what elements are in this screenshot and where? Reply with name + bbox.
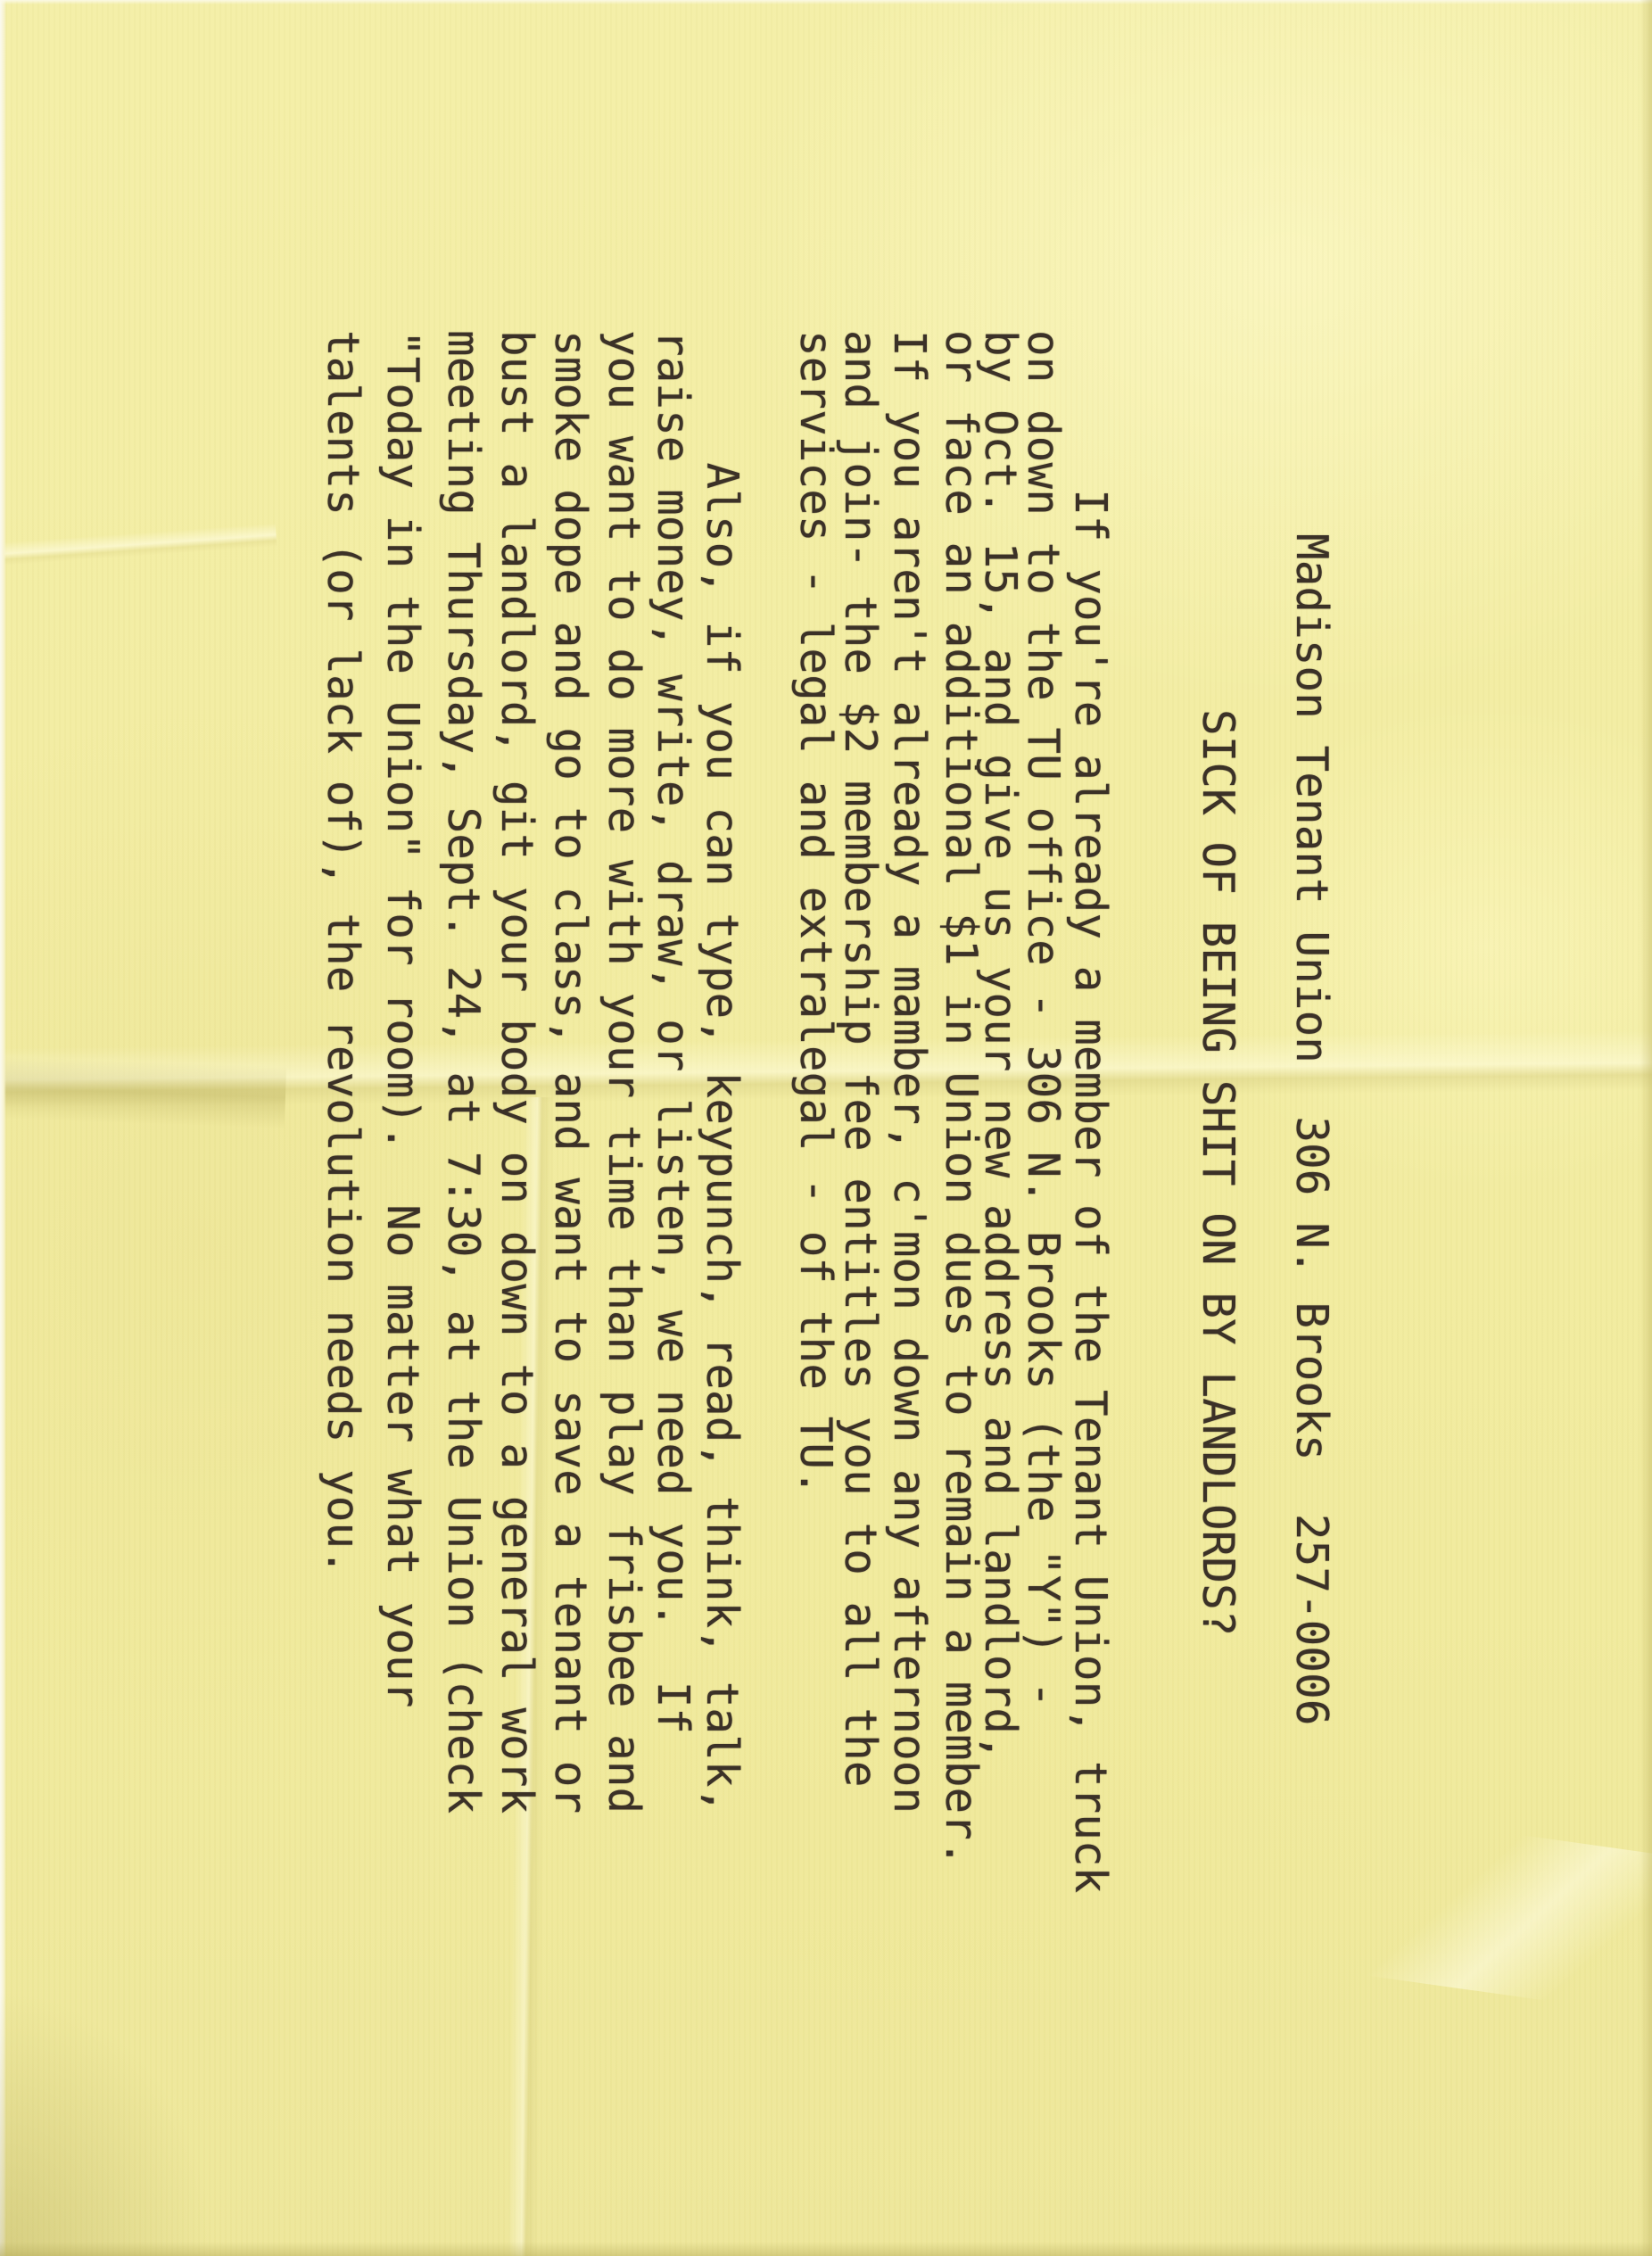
typed-line: on down to the TU office - 306 N. Brooks… (1020, 330, 1065, 1707)
typed-line: and join- the $2 membership fee entitles… (838, 330, 882, 1788)
flyer-header-line: Madison Tenant Union 306 N. Brooks 257-0… (1289, 533, 1334, 1726)
typed-line: services - legal and extralegal - of the… (793, 330, 838, 1496)
scanned-flyer-page: Madison Tenant Union 306 N. Brooks 257-0… (0, 0, 1652, 2256)
typed-line: bust a landlord, git your body on down t… (494, 330, 539, 1814)
typed-line: or face an additional $1 in Union dues t… (938, 330, 983, 1867)
paper-edge-left (0, 0, 6, 2256)
paper-edge-top (0, 0, 1652, 4)
typed-line: Also, if you can type, keypunch, read, t… (699, 330, 744, 1814)
paper-edge-bottom (0, 2242, 1652, 2256)
typed-line: If you aren't already a mamber, c'mon do… (887, 330, 931, 1814)
typed-line: you want to do more with your time than … (601, 330, 646, 1814)
typed-line: talents (or lack of), the revolution nee… (320, 330, 365, 1575)
typed-line: smoke dope and go to class, and want to … (548, 330, 592, 1814)
typed-line: raise money, write, draw, or listen, we … (650, 330, 695, 1734)
typed-line: "Today in the Union" for room). No matte… (380, 330, 425, 1707)
flyer-title-line: SICK OF BEING SHIT ON BY LANDLORDS? (1195, 709, 1240, 1637)
paper-edge-right (1640, 0, 1652, 2256)
corner-shadow-bottom-left (0, 1988, 214, 2256)
typewritten-text-block: Madison Tenant Union 306 N. Brooks 257-0… (263, 330, 1334, 1936)
typed-line: If you're already a member of the Tenant… (1068, 330, 1112, 1893)
typed-line: meeting Thursday, Sept. 24, at 7:30, at … (441, 330, 485, 1814)
